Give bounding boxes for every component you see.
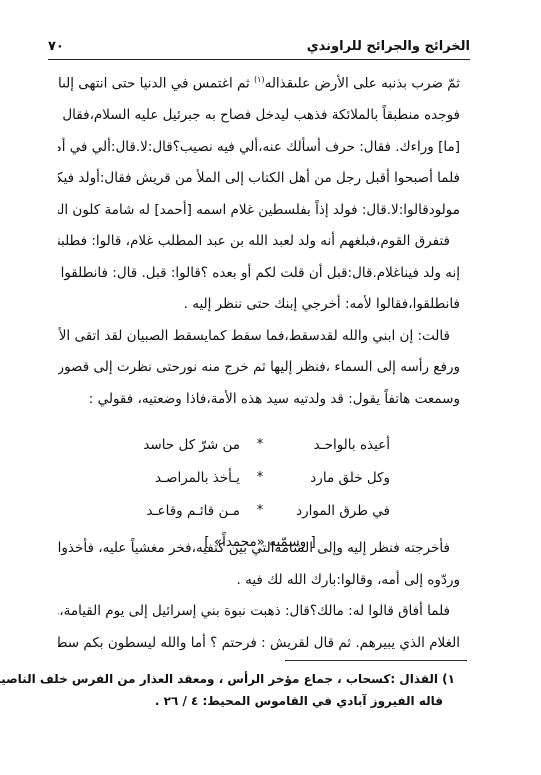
text-line-6: فتفرق القوم،فبلغهم أنه ولد لعبد الله بن … bbox=[58, 226, 460, 258]
text-line-2: فوجده منطبقاً بالملائكة فذهب ليدخل فصاح … bbox=[58, 100, 460, 132]
main-text: ثمّ ضرب بذنبه على الأرض علىقذاله(١) ثم ا… bbox=[58, 64, 460, 415]
main-text-continued: فأخرجته فنظر إليه وإلى الشامةالتي بين كت… bbox=[58, 533, 460, 659]
verse-separator-star-icon: * bbox=[245, 503, 275, 518]
footnote-1: ١) القذال :كسحاب ، جماع مؤخر الرأس ، ومع… bbox=[80, 668, 455, 690]
verse-second-hemistich: من شرّ كل حاسد bbox=[130, 437, 240, 453]
verse-separator-star-icon: * bbox=[245, 470, 275, 485]
running-header: الخرائج والجرائح للراوندي ٧٠ bbox=[48, 35, 470, 57]
verse-separator-star-icon: * bbox=[245, 437, 275, 452]
text-line-11: وسمعت هاتفاً يقول: قد ولدتيه سيد هذه الأ… bbox=[58, 384, 460, 416]
text-line-12: فأخرجته فنظر إليه وإلى الشامةالتي بين كت… bbox=[58, 533, 460, 565]
verse-first-hemistich: وكل خلق مارد bbox=[280, 470, 390, 486]
book-page: الخرائج والجرائح للراوندي ٧٠ ثمّ ضرب بذن… bbox=[0, 0, 541, 775]
poem-verse: وكل خلق مارد * يـأخذ بالمراصـد bbox=[130, 461, 390, 494]
footnote-rule bbox=[285, 660, 467, 661]
text-line-1: ثمّ ضرب بذنبه على الأرض علىقذاله(١) ثم ا… bbox=[58, 64, 460, 100]
text-line-9: قالت: إن ابني والله لقدسقط،فما سقط كمايس… bbox=[58, 321, 460, 353]
text-line-15: الغلام الذي يبيرهم. ثم قال لقريش : فرحتم… bbox=[58, 628, 460, 660]
text-line-8: فانطلقوا،فقالوا لأمه: أخرجي إبنك حتى ننظ… bbox=[58, 289, 460, 321]
text-line-14: فلما أفاق قالوا له: مالك؟قال: ذهبت نبوة … bbox=[58, 596, 460, 628]
header-rule bbox=[48, 59, 470, 60]
page-number: ٧٠ bbox=[48, 39, 64, 54]
text-line-7: إنه ولد فيناغلام.قال:قبل أن قلت لكم أو ب… bbox=[58, 258, 460, 290]
footnotes: ١) القذال :كسحاب ، جماع مؤخر الرأس ، ومع… bbox=[80, 668, 455, 712]
footnote-1-continued: قاله الفيروز آبادي في القاموس المحيط: ٤ … bbox=[80, 690, 455, 712]
text-line-10: ورفع رأسه إلى السماء ،فنظر إليها ثم خرج … bbox=[58, 352, 460, 384]
poem-verse: في طرق الموارد * مـن قائـم وقاعـد bbox=[130, 494, 390, 527]
verse-first-hemistich: في طرق الموارد bbox=[280, 503, 390, 519]
verse-second-hemistich: مـن قائـم وقاعـد bbox=[130, 503, 240, 519]
poem-verse: أعيذه بالواحـد * من شرّ كل حاسد bbox=[130, 428, 390, 461]
text-line-13: وردّوه إلى أمه، وقالوا:بارك الله لك فيه … bbox=[58, 565, 460, 597]
text-line-3: [ما] وراءك. فقال: حرف أسألك عنه،ألي فيه … bbox=[58, 132, 460, 164]
book-title: الخرائج والجرائح للراوندي bbox=[307, 39, 470, 54]
footnote-marker[interactable]: (١) bbox=[254, 75, 265, 84]
text-line-4: فلما أصبحوا أقبل رجل من أهل الكتاب إلى ا… bbox=[58, 163, 460, 195]
verse-second-hemistich: يـأخذ بالمراصـد bbox=[130, 470, 240, 486]
text-line-5: مولودقالوا:لا.قال: فولد إذاً بفلسطين غلا… bbox=[58, 195, 460, 227]
verse-first-hemistich: أعيذه بالواحـد bbox=[280, 437, 390, 453]
